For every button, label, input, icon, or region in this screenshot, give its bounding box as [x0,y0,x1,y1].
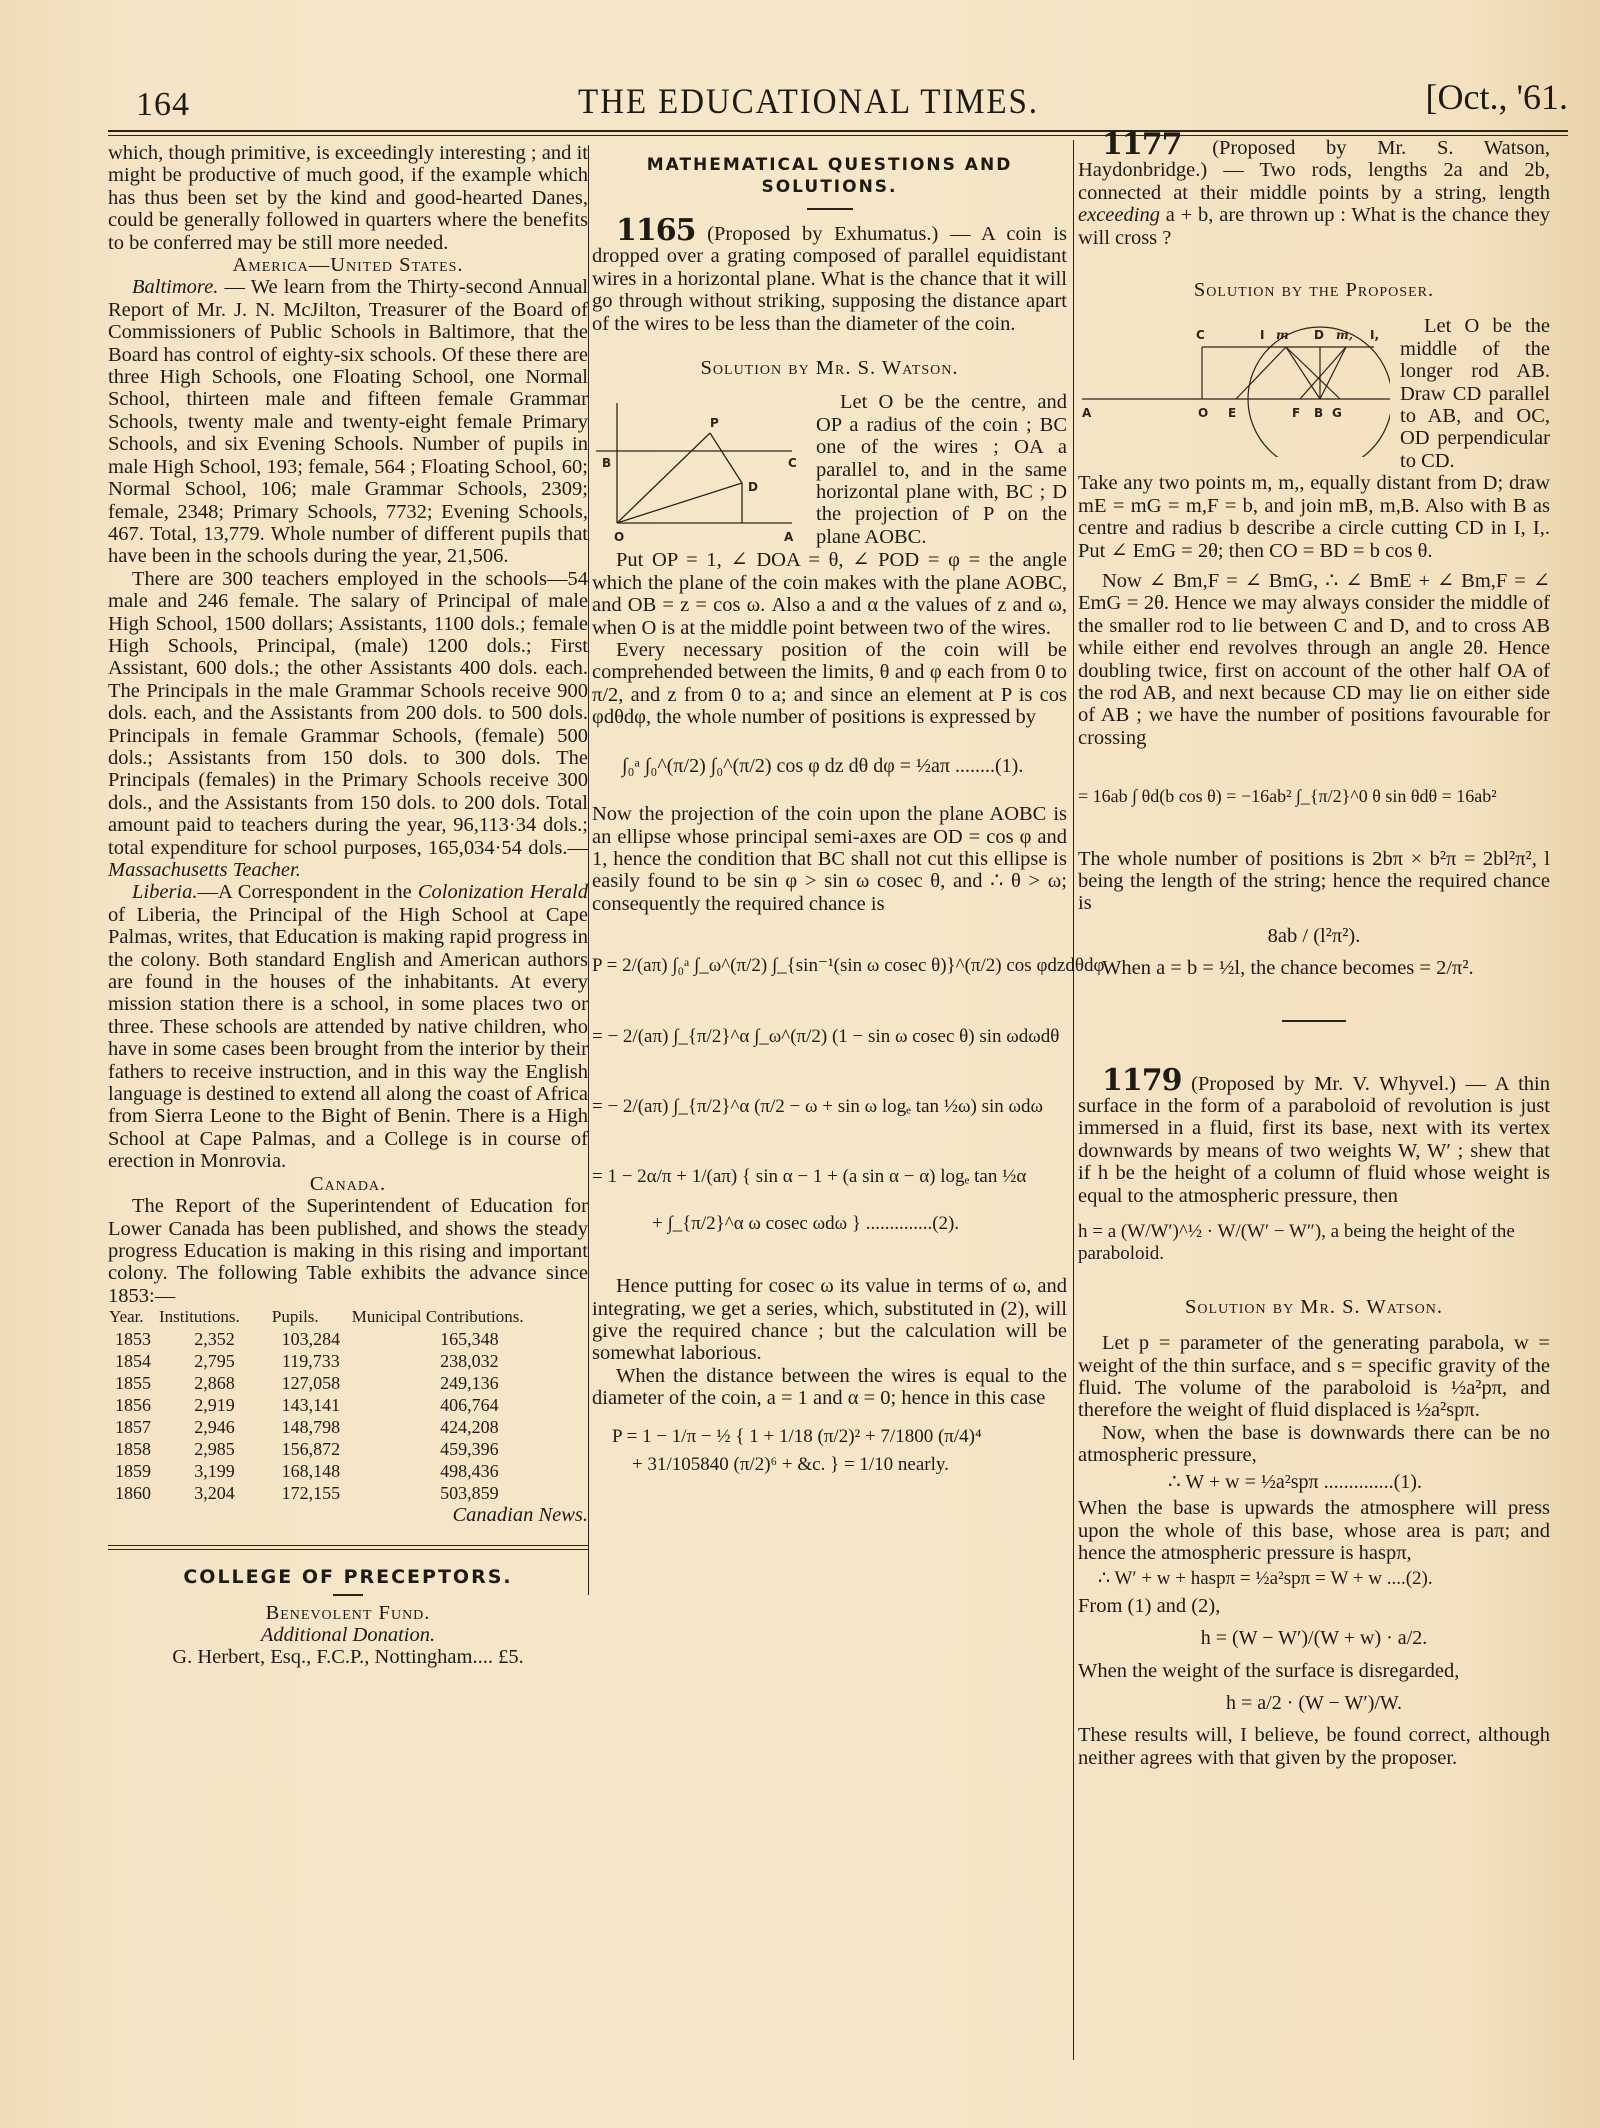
canada-paragraph: The Report of the Superintendent of Educ… [108,1195,588,1307]
svg-text:P: P [710,416,719,430]
equation-3: h = (W − W′)/(W + w) · a/2. [1078,1627,1550,1649]
publication-title: THE EDUCATIONAL TIMES. [578,80,1039,122]
solution-paragraph: Now the projection of the coin upon the … [592,803,1067,915]
right-column: 1177 (Proposed by Mr. S. Watson, Haydonb… [1078,134,1550,1769]
equation-final-1: P = 1 − 1/π − ½ { 1 + 1/18 (π/2)² + 7/18… [612,1426,1067,1448]
solution-paragraph: When the base is upwards the atmosphere … [1078,1497,1550,1564]
solution-paragraph: Every necessary position of the coin wil… [592,639,1067,729]
middle-column: MATHEMATICAL QUESTIONS AND SOLUTIONS. 11… [592,154,1067,1476]
solution-paragraph: Now, when the base is downwards there ca… [1078,1422,1550,1467]
closing-paragraph: These results will, I believe, be found … [1078,1724,1550,1769]
question-number: 1177 [1102,127,1182,162]
equation-2: ∴ W′ + w + haspπ = ½a²spπ = W + w ....(2… [1098,1568,1550,1590]
solution-paragraph: Now ∠ Bm,F = ∠ BmG, ∴ ∠ BmE + ∠ Bm,F = ∠… [1078,570,1550,749]
solution-paragraph: Take any two points m, m,, equally dista… [1078,472,1550,562]
section-rule-thin [108,1549,588,1550]
short-rule [1282,1020,1346,1022]
svg-text:F: F [1292,406,1300,420]
svg-text:E: E [1228,406,1236,420]
issue-date: [Oct., '61. [1426,76,1568,118]
svg-text:C: C [1196,328,1205,342]
rods-circle-diagram: C I m D m, I, A O E F B G [1078,317,1390,457]
baltimore-label: Baltimore. [132,276,218,298]
question-1165: 1165 (Proposed by Exhumatus.) — A coin i… [592,220,1067,335]
svg-text:A: A [1082,406,1092,420]
question-1179: 1179 (Proposed by Mr. V. Whyvel.) — A th… [1078,1070,1550,1207]
equation-1: ∴ W + w = ½a²spπ ..............(1). [1168,1471,1550,1493]
column-divider-left [588,145,589,1595]
equation-probability: P = 2/(aπ) ∫₀ᵃ ∫_ω^(π/2) ∫_{sin⁻¹(sin ω … [592,955,1067,977]
college-heading: COLLEGE OF PRECEPTORS. [108,1566,588,1588]
table-row: 18593,199168,148498,436 [108,1460,588,1482]
svg-text:I: I [1260,328,1264,342]
solution-paragraph: Let p = parameter of the generating para… [1078,1332,1550,1422]
short-rule [807,208,853,210]
donation-entry: G. Herbert, Esq., F.C.P., Nottingham....… [108,1646,588,1668]
question-number: 1165 [616,213,696,248]
table-row: 18562,919143,141406,764 [108,1394,588,1416]
equation-crossing: = 16ab ∫ θd(b cos θ) = −16ab² ∫_{π/2}^0 … [1078,785,1550,807]
column-divider-right [1073,140,1074,2060]
svg-text:m: m [1276,328,1289,342]
source-citation: Massachusetts Teacher. [108,859,301,881]
liberia-paragraph: Liberia.—A Correspondent in the Coloniza… [108,881,588,1172]
svg-text:D: D [1314,328,1324,342]
table-row: 18582,985156,872459,396 [108,1438,588,1460]
svg-text:B: B [1314,406,1323,420]
solution-heading: Solution by Mr. S. Watson. [592,357,1067,379]
equation-1: ∫₀ᵃ ∫₀^(π/2) ∫₀^(π/2) cos φ dz dθ dφ = ½… [622,755,1067,777]
svg-text:D: D [748,480,758,494]
table-row: 18532,352103,284165,348 [108,1328,588,1350]
page-number: 164 [136,86,190,124]
solution-paragraph: Hence putting for cosec ω its value in t… [592,1275,1067,1365]
question-1177: 1177 (Proposed by Mr. S. Watson, Haydonb… [1078,134,1550,249]
table-source: Canadian News. [452,1504,588,1526]
question-number: 1179 [1102,1063,1182,1098]
svg-text:O: O [614,530,624,544]
page-header: 164 THE EDUCATIONAL TIMES. [Oct., '61. [108,72,1578,132]
left-column: which, though primitive, is exceedingly … [108,142,588,1669]
equation-chance: 8ab / (l²π²). [1078,925,1550,947]
solution-paragraph: When a = b = ½l, the chance becomes = 2/… [1078,957,1550,979]
table-row: 18542,795119,733238,032 [108,1350,588,1372]
svg-text:O: O [1198,406,1208,420]
math-section-heading: MATHEMATICAL QUESTIONS AND SOLUTIONS. [592,154,1067,198]
table-row: 18552,868127,058249,136 [108,1372,588,1394]
america-heading: America—United States. [108,254,588,276]
svg-text:m,: m, [1336,328,1353,342]
equation-4: h = a/2 · (W − W′)/W. [1078,1692,1550,1714]
table-row: 18603,204172,155503,859 [108,1482,588,1504]
equation-1179: h = a (W/W′)^½ · W/(W′ − W″), a being th… [1078,1221,1550,1266]
svg-text:I,: I, [1370,328,1379,342]
solution-paragraph: When the distance between the wires is e… [592,1365,1067,1410]
solution-paragraph: The whole number of positions is 2bπ × b… [1078,848,1550,915]
svg-text:G: G [1332,406,1342,420]
teachers-paragraph: There are 300 teachers employed in the s… [108,568,588,882]
table-row: 18572,946148,798424,208 [108,1416,588,1438]
canada-heading: Canada. [108,1173,588,1195]
coin-grating-diagram: P B C D O A [592,395,802,545]
canada-statistics-table: Year. Institutions. Pupils. Municipal Co… [108,1307,588,1504]
svg-text:B: B [602,456,611,470]
short-rule [333,1594,363,1596]
section-rule [108,1545,588,1546]
baltimore-paragraph: Baltimore. — We learn from the Thirty-se… [108,276,588,567]
solution-paragraph: Put OP = 1, ∠ DOA = θ, ∠ POD = φ = the a… [592,549,1067,639]
table-header-row: Year. Institutions. Pupils. Municipal Co… [108,1307,588,1328]
intro-paragraph: which, though primitive, is exceedingly … [108,142,588,254]
donation-note: Additional Donation. [261,1624,435,1646]
solution-heading: Solution by the Proposer. [1078,279,1550,301]
equation-step-3: = − 2/(aπ) ∫_{π/2}^α (π/2 − ω + sin ω lo… [592,1096,1067,1118]
solution-heading: Solution by Mr. S. Watson. [1078,1296,1550,1318]
solution-paragraph: When the weight of the surface is disreg… [1078,1660,1550,1682]
fund-subheading: Benevolent Fund. [108,1602,588,1624]
newspaper-page: 164 THE EDUCATIONAL TIMES. [Oct., '61. w… [0,0,1600,2128]
equation-step-4: = 1 − 2α/π + 1/(aπ) { sin α − 1 + (a sin… [592,1166,1067,1188]
equation-step-2: = − 2/(aπ) ∫_{π/2}^α ∫_ω^(π/2) (1 − sin … [592,1026,1067,1048]
svg-text:A: A [784,530,794,544]
solution-paragraph: From (1) and (2), [1078,1595,1550,1617]
svg-text:C: C [788,456,797,470]
equation-2: + ∫_{π/2}^α ω cosec ωdω } ..............… [652,1213,1067,1235]
equation-final-2: + 31/105840 (π/2)⁶ + &c. } = 1/10 nearly… [632,1454,1067,1476]
header-rule [108,130,1568,132]
